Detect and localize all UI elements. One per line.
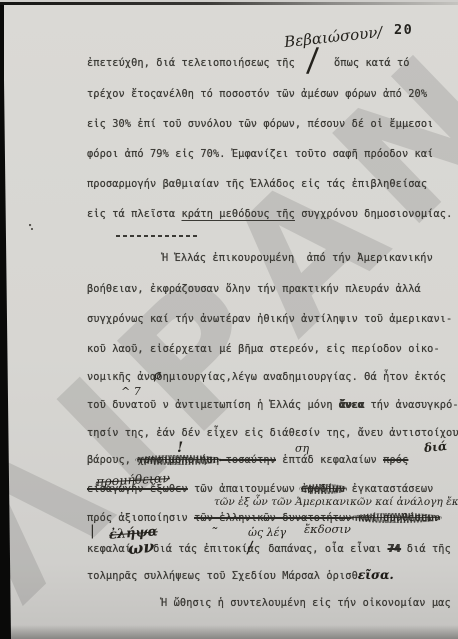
handwritten-insert-si: ση [295, 442, 309, 455]
typed-segment: ἐγκαταστάσεων [345, 483, 433, 495]
handwritten-caret-marks: ^ 7 [121, 385, 141, 398]
typed-line: τολμηρᾶς συλλήψεως τοῦ Σχεδίου Μάρσαλ ὁρ… [87, 568, 394, 582]
typed-line: εἰς 30% ἐπί τοῦ συνόλου τῶν φόρων, πέσου… [87, 118, 433, 130]
typed-line: κοῦ λαοῦ, εἰσέρχεται μέ βῆμα στερεόν, εἰ… [87, 343, 440, 355]
handwritten-pipe-mark: | [90, 523, 95, 539]
typed-segment: διά τῆς [401, 543, 451, 555]
typed-segment: βάρους, [87, 454, 137, 466]
typed-line: Ἡ Ἑλλάς ἐπικουρουμένη ἀπό τήν Ἀμερικανικ… [162, 252, 433, 264]
typed-segment: δαπάνας, οἷα εἶναι [268, 543, 388, 555]
typed-line: βάρους, χρησιμοποιήση τοσαύτην ἑπτάδ κεφ… [87, 454, 408, 466]
typed-segment-scribbled: ἐφοδίων [301, 483, 345, 495]
typed-line: νομικῆς ἀναδημιουργίας,λέγω αναδημιουργί… [87, 371, 446, 383]
handwritten-separator-slash: / [306, 40, 320, 80]
handwritten-eisa-overlay: εῖσα. [358, 568, 394, 582]
typed-line: φόροι ἀπό 79% εἰς 70%. Ἐμφανίζει τοῦτο σ… [87, 148, 433, 160]
typed-segment: ἑπτάδ [276, 454, 314, 466]
typed-segment: κεφαλαίων [314, 454, 383, 466]
typed-segment: εἰς τά πλεῖστα [87, 208, 182, 220]
typed-line: προσαρμογήν βαθμιαίαν τῆς Ἑλλάδος εἰς τά… [87, 178, 427, 190]
handwritten-tilde-mark: ˜ [210, 526, 217, 542]
scan-edge-top-dark [0, 2, 458, 5]
typed-line: τρέχον ἔτοςανέλθη τό ποσοστόν τῶν ἀμέσων… [87, 88, 427, 100]
typed-line: τησίν της, ἐάν δέν εἶχεν εἰς διάθεσίν τη… [87, 427, 458, 439]
handwritten-dia: διά [423, 439, 447, 455]
typed-segment: κεφαλαί [87, 543, 131, 555]
typed-segment-struck: 74 [388, 543, 401, 555]
scan-speck [29, 224, 33, 230]
typed-segment-scribbled: καί συνθέσεων [352, 512, 440, 524]
typed-segment: συγχρόνου δημοσιονομίας. [295, 208, 452, 220]
handwritten-on-overlay: ων [127, 537, 155, 559]
typed-line: πρός ἀξιοποίησιν τῶν ἑλληνικῶν δυνατοτήτ… [87, 512, 440, 524]
handwritten-word-divider-slash: / [246, 538, 254, 558]
typed-segment-struck: τοσαύτην [219, 454, 276, 466]
typed-line: βοήθειαν, ἐκφράζουσαν ὅλην τήν πρακτικήν… [87, 283, 421, 295]
handwritten-ekdosin: ἔκδοσιν [304, 522, 351, 536]
typed-segment: τολμηρᾶς συλλήψεως τοῦ Σχεδίου Μάρσαλ ὁρ… [87, 570, 358, 582]
typed-segment: τῶν ἀπαιτουμένων [188, 483, 301, 495]
typed-line: τοῦ δυνατοῦ ν ἀντιμετωπίση ἡ Ἑλλάς μόνη … [87, 399, 458, 411]
handwritten-exclamation: ! [177, 440, 183, 456]
typed-segment-overtyped: ἄνεα [339, 399, 364, 411]
handwritten-interline-note: τῶν ἐξ ὧν τῶν Ἀμερικανικῶν καί ἀνάλογη ἔ… [214, 496, 458, 508]
typed-segment: πρός ἀξιοποίησιν [87, 512, 194, 524]
scanned-document-page: ΛΙΡΑΝ 20 Βεβαιώσουν/ / ρ ^ 7 ! ση διά πρ… [4, 2, 458, 639]
handwritten-top-note: Βεβαιώσουν/ [283, 23, 383, 51]
handwritten-os-leg: ὡς λέγ [248, 526, 286, 539]
handwritten-rho-correction: ρ [154, 368, 161, 382]
typed-line: εἰς τά πλεῖστα κράτη μεθόδους τῆς συγχρό… [87, 208, 452, 220]
typed-segment: διά τάς ἐπιτοκίας [153, 543, 260, 555]
typed-segment-struck: πρός [383, 454, 408, 466]
typed-segment-underlined: κράτη μεθόδους τῆς [182, 208, 295, 220]
typed-segment: τοῦ δυνατοῦ ν ἀντιμετωπίση ἡ Ἑλλάς μόνη [87, 399, 339, 411]
typed-line: ἐπετεύχθη, διά τελειοποιήσεως τῆς [87, 57, 295, 69]
page-number: 20 [394, 22, 413, 38]
typed-segment: τήν ἀνασυγκρό- [364, 399, 458, 411]
typed-line: ὅπως κατά τό [334, 57, 410, 69]
dashed-separator [116, 235, 200, 237]
scan-edge-bottom-shadow [0, 625, 458, 639]
typed-line: συγχρόνως καί τήν ἀνωτέραν ἠθικήν ἀντίλη… [87, 313, 452, 325]
typed-line: Ἡ ὤθησις ἡ συντελουμένη εἰς τήν οἰκονομί… [161, 597, 451, 609]
